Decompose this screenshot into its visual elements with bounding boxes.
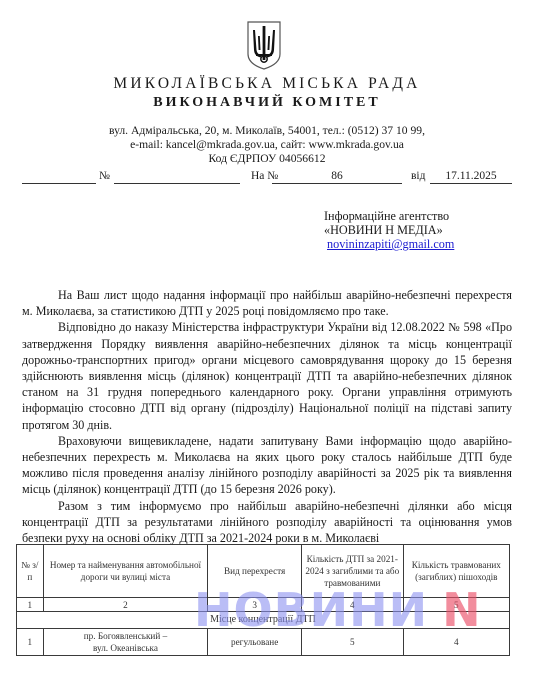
column-number: 5 [403,598,509,612]
road-line-2: вул. Океанівська [93,643,158,653]
outgoing-number-line [114,183,240,184]
road-line-1: пр. Богоявленський – [84,631,167,641]
column-number: 4 [301,598,403,612]
number-label: № [99,170,110,182]
column-number: 2 [43,598,208,612]
recipient-email-link[interactable]: novininzapiti@gmail.com [327,238,454,252]
row-number: 1 [17,629,44,656]
table-header-row: № з/п Номер та найменування автомобільно… [17,545,510,598]
header-accidents-count: Кількість ДТП за 2021-2024 з загиблими т… [301,545,403,598]
recipient-name: «НОВИНИ Н МЕДІА» [324,224,443,238]
section-title: Місце концентрації ДТП [17,612,510,629]
row-accidents: 5 [301,629,403,656]
column-number: 3 [208,598,302,612]
address-line: вул. Адміральська, 20, м. Миколаїв, 5400… [0,124,534,139]
coat-of-arms-icon [246,20,282,70]
row-intersection-type: регульоване [208,629,302,656]
contact-line: e-mail: kancel@mkrada.gov.ua, сайт: www.… [0,138,534,153]
reply-number-line [272,183,402,184]
outgoing-date-line [22,183,96,184]
column-number-row: 1 2 3 4 5 [17,598,510,612]
paragraph: На Ваш лист щодо надання інформації про … [22,287,512,319]
department-name: ВИКОНАВЧИЙ КОМІТЕТ [0,95,534,111]
section-row: Місце концентрації ДТП [17,612,510,629]
header-number: № з/п [17,545,44,598]
table-row: 1 пр. Богоявленський – вул. Океанівська … [17,629,510,656]
date-line [430,183,512,184]
header-pedestrians-count: Кількість травмованих (загиблих) пішоход… [403,545,509,598]
accident-concentration-table: № з/п Номер та найменування автомобільно… [16,544,510,656]
paragraph: Враховуючи вищевикладене, надати запитув… [22,433,512,498]
row-pedestrians: 4 [403,629,509,656]
reference-line: № На № 86 від 17.11.2025 [22,170,512,186]
organization-name: МИКОЛАЇВСЬКА МІСЬКА РАДА [0,75,534,93]
reply-number-value: 86 [272,170,402,182]
date-value: 17.11.2025 [430,170,512,182]
edrpou-code: Код ЄДРПОУ 04056612 [0,152,534,167]
recipient-type: Інформаційне агентство [324,210,449,224]
date-label: від [411,170,425,182]
letter-body: На Ваш лист щодо надання інформації про … [22,287,512,546]
row-road: пр. Богоявленський – вул. Океанівська [43,629,208,656]
header-intersection-type: Вид перехрестя [208,545,302,598]
column-number: 1 [17,598,44,612]
header-road: Номер та найменування автомобільної доро… [43,545,208,598]
paragraph: Відповідно до наказу Міністерства інфрас… [22,319,512,432]
paragraph: Разом з тим інформуємо про найбільш авар… [22,498,512,547]
